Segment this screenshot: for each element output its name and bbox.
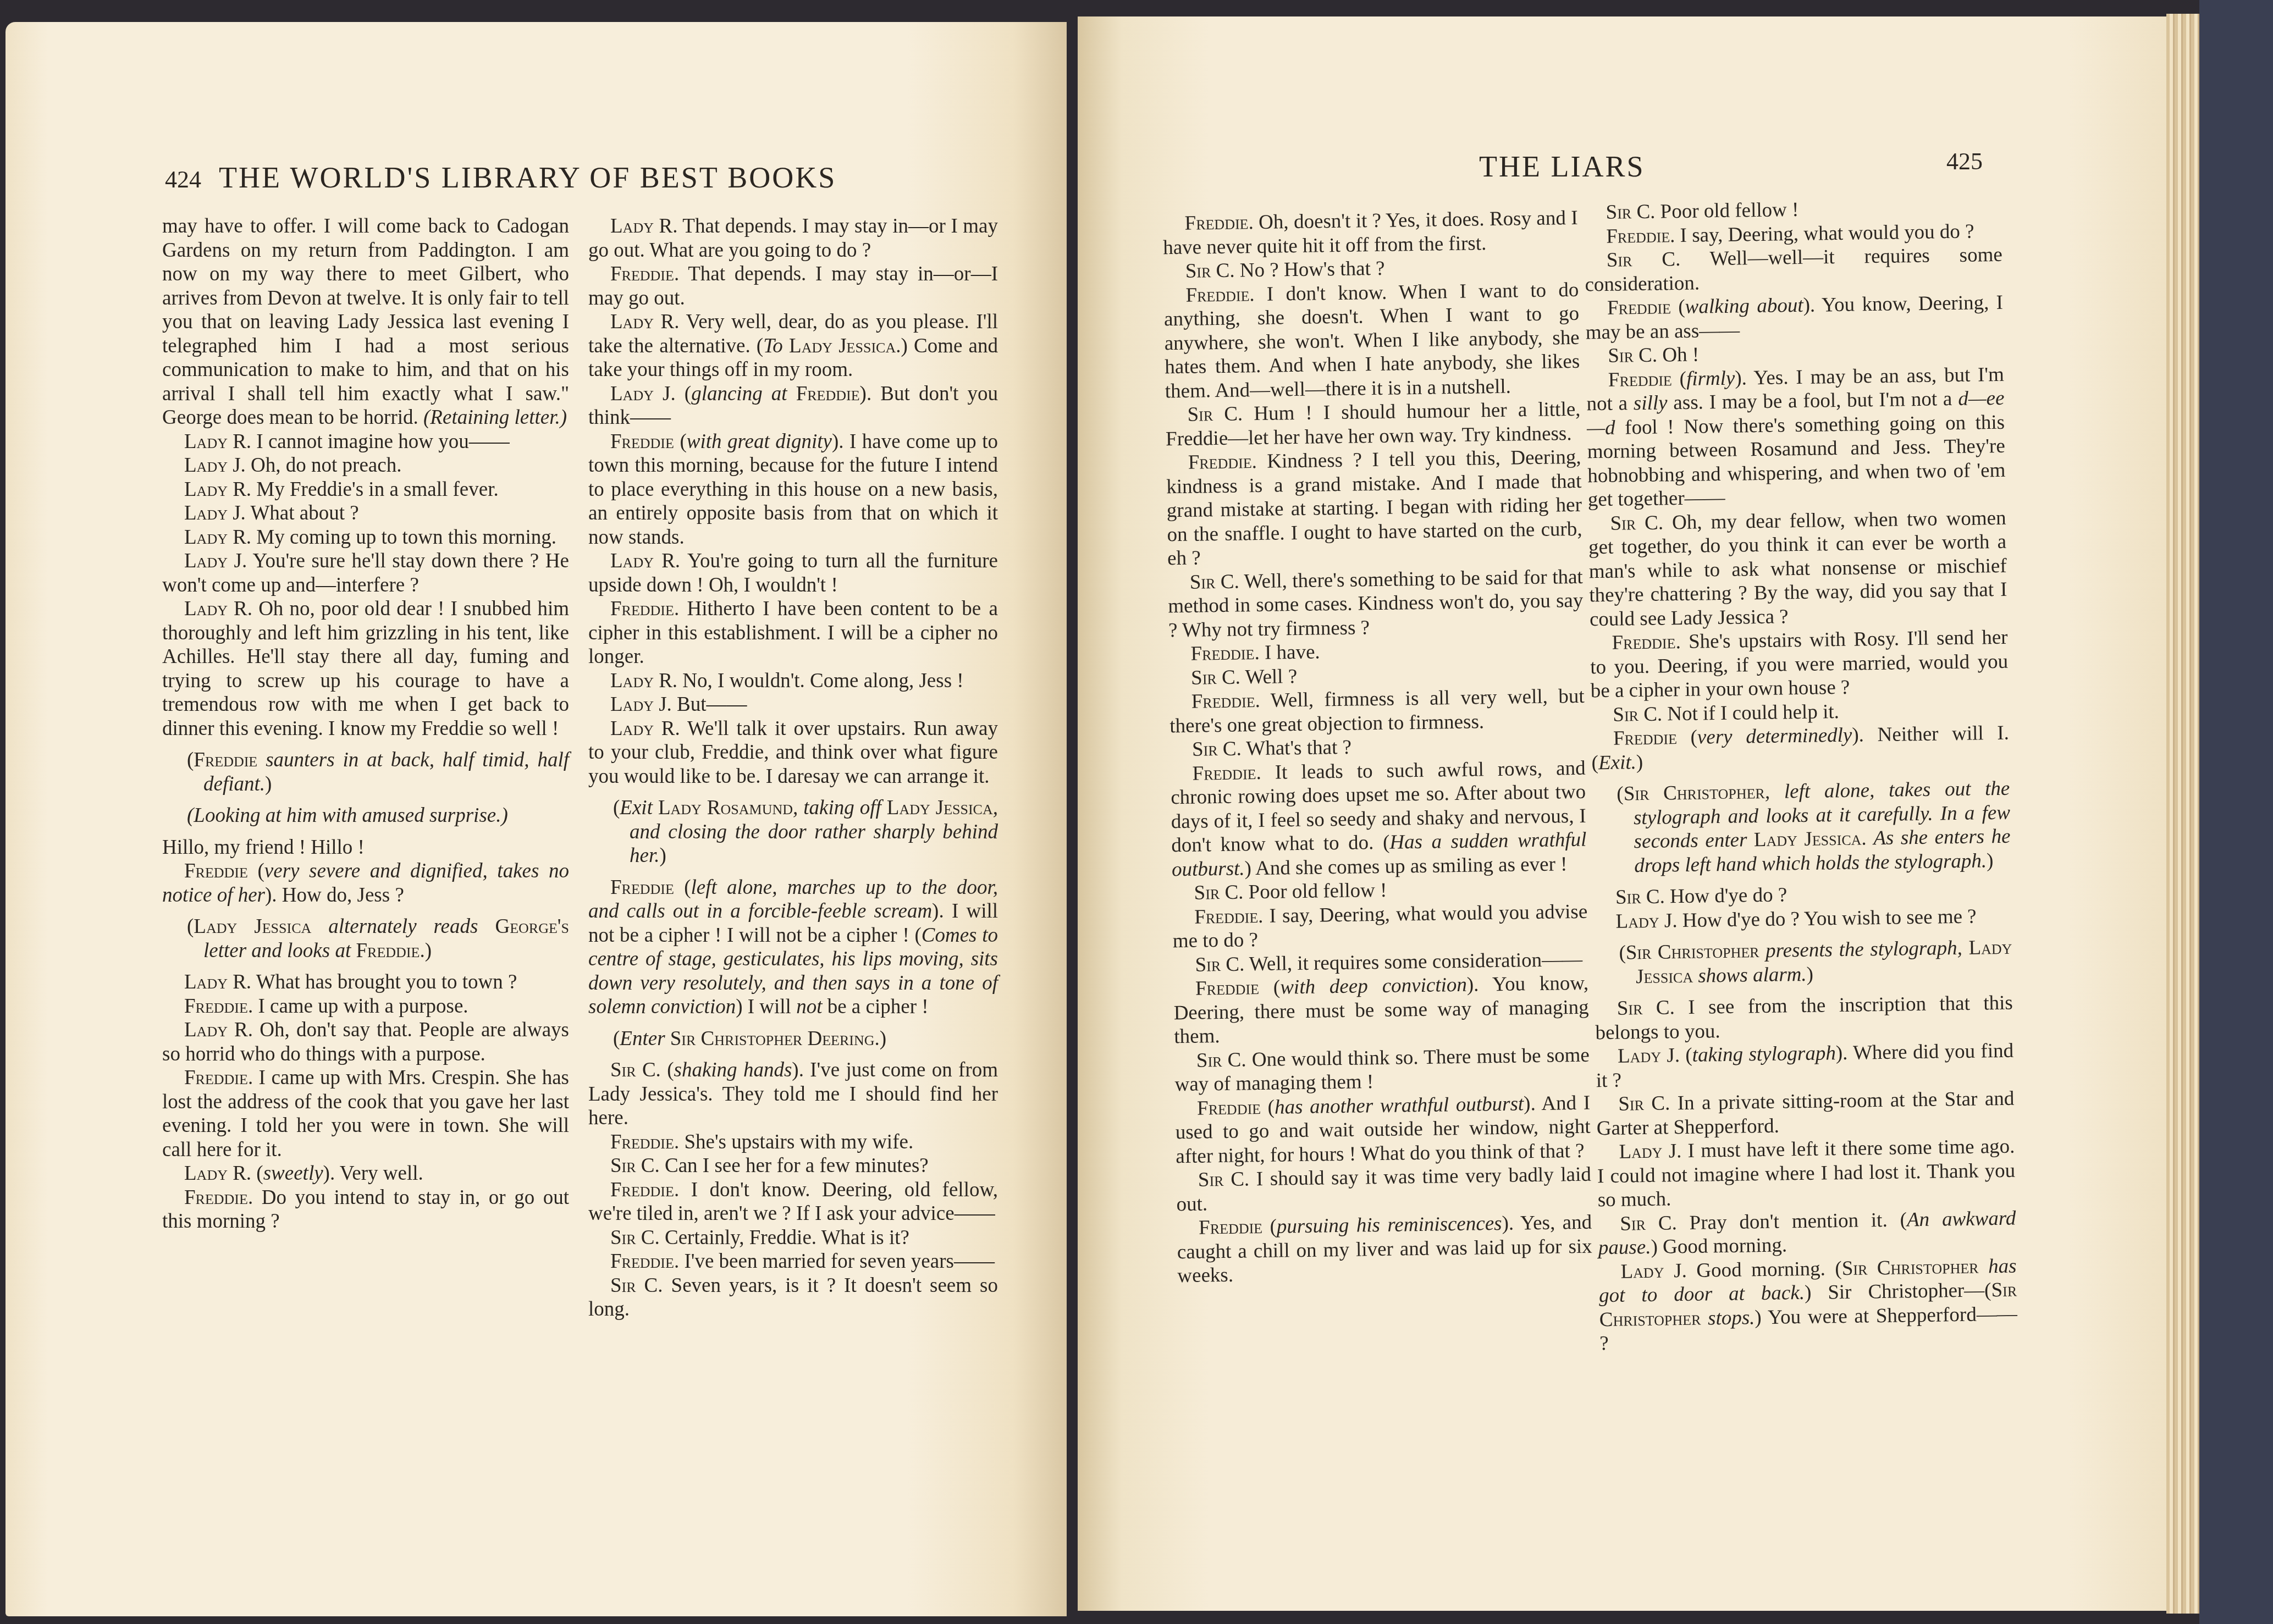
dialogue-paragraph: Freddie (has another wrathful outburst).… <box>1175 1091 1591 1168</box>
dialogue-paragraph: Freddie. That depends. I may stay in—or—… <box>588 262 998 310</box>
speaker-name: Lady R. <box>610 215 677 237</box>
speaker-name: Freddie. <box>1192 761 1261 785</box>
speaker-name: Sir C. <box>610 1155 660 1177</box>
right-page-title: THE LIARS <box>1479 150 1645 184</box>
speaker-name: Sir C. <box>1615 885 1665 908</box>
dialogue-paragraph: Lady J. But—— <box>588 693 998 717</box>
speaker-name: Freddie. <box>184 995 253 1018</box>
speaker-name: Lady Jessica <box>1754 827 1862 851</box>
speaker-name: Sir C. <box>1187 402 1243 426</box>
speaker-name: Freddie. <box>1191 689 1261 713</box>
speaker-name: Sir C. <box>1613 703 1662 726</box>
text-run: .) <box>874 1028 886 1050</box>
italic-direction: saunters in at back, half timid, half de… <box>203 749 569 796</box>
speaker-name: Sir C. <box>1608 344 1657 367</box>
speaker-name: Freddie. <box>184 1067 253 1089</box>
speaker-name: Lady R. <box>610 550 680 572</box>
dialogue-paragraph: Freddie. Oh, doesn't it ? Yes, it does. … <box>1162 206 1578 260</box>
text-run: may have to offer. I will come back to C… <box>162 215 569 429</box>
stage-direction: (Lady Jessica alternately reads George's… <box>162 915 569 963</box>
page-number-right: 425 <box>1946 147 1983 175</box>
speaker-name: Freddie. <box>1606 224 1675 248</box>
text-run: ) <box>659 844 666 867</box>
left-running-head: 424 THE WORLD'S LIBRARY OF BEST BOOKS <box>165 161 836 195</box>
speaker-name: Lady R. <box>184 478 251 501</box>
speaker-name: Freddie. <box>610 598 679 620</box>
dialogue-paragraph: Sir C. In a private sitting-room at the … <box>1596 1087 2015 1141</box>
text-run: ( <box>613 797 620 819</box>
dialogue-paragraph: Sir C. Can I see her for a few minutes? <box>588 1154 998 1178</box>
speaker-name: Lady R. <box>184 526 251 549</box>
stage-direction: (Enter Sir Christopher Deering.) <box>588 1027 998 1051</box>
speaker-name: Sir C. <box>1185 259 1235 283</box>
speaker-name: Sir C. <box>1192 737 1242 760</box>
text-run: fool ! Now there's something going on th… <box>1587 411 2005 511</box>
speaker-name: Sir Christopher <box>1841 1255 1978 1279</box>
stage-direction: (Looking at him with amused surprise.) <box>162 804 569 828</box>
italic-direction: shaking hands <box>674 1059 792 1081</box>
speaker-name: Sir C. <box>610 1227 660 1249</box>
speaker-name: Lady R. <box>184 1019 253 1041</box>
dialogue-paragraph: Freddie. It leads to such awful rows, an… <box>1170 756 1587 881</box>
dialogue-paragraph: Sir C. Oh, my dear fellow, when two wome… <box>1588 506 2007 631</box>
text-run: ( <box>1617 783 1624 805</box>
italic-direction: silly <box>1634 391 1668 415</box>
text-run: ( <box>251 1162 263 1185</box>
text-run: Good morning. ( <box>1686 1257 1842 1282</box>
italic-direction: stops. <box>1701 1306 1755 1329</box>
speaker-name: Lady J. <box>1620 1259 1687 1283</box>
speaker-name: Sir C. <box>1195 953 1244 976</box>
stage-direction: (Sir Christopher presents the stylograph… <box>1594 936 2012 990</box>
speaker-name: Freddie <box>796 383 860 405</box>
dialogue-paragraph: Freddie (left alone, marches up to the d… <box>588 876 998 1019</box>
stage-direction: (Freddie saunters in at back, half timid… <box>162 748 569 796</box>
dialogue-paragraph: Lady J. What about ? <box>162 501 569 526</box>
dialogue-paragraph: Sir C. Seven years, is it ? It doesn't s… <box>588 1274 998 1322</box>
speaker-name: Lady R. <box>610 670 677 692</box>
text-run: ( <box>1680 1044 1692 1067</box>
text-run: Well, it requires some consideration—— <box>1244 948 1582 975</box>
left-page: 424 THE WORLD'S LIBRARY OF BEST BOOKS ma… <box>5 22 1067 1616</box>
text-run: ) I will <box>736 996 796 1018</box>
text-run: How d'ye do ? You wish to see me ? <box>1677 905 1977 932</box>
speaker-name: Lady Jessica <box>887 797 993 819</box>
speaker-name: Lady J. <box>1618 1044 1680 1068</box>
dialogue-paragraph: Sir C. Hum ! I should humour her a littl… <box>1165 397 1581 451</box>
dialogue-paragraph: Lady R. You're going to turn all the fur… <box>588 549 998 597</box>
text-run: What has brought you to town ? <box>251 971 517 993</box>
text-run: I cannot imagine how you—— <box>251 430 510 453</box>
italic-direction: Enter <box>620 1028 670 1050</box>
text-run: What about ? <box>246 502 359 524</box>
dialogue-paragraph: Freddie. Hitherto I have been content to… <box>588 597 998 669</box>
dialogue-paragraph: Lady J. Oh, do not preach. <box>162 454 569 478</box>
speaker-name: Lady Jessica <box>194 915 311 938</box>
speaker-name: Sir Christopher <box>1626 940 1759 964</box>
dialogue-paragraph: Sir C. I see from the inscription that t… <box>1595 991 2013 1045</box>
text-run: No, I wouldn't. Come along, Jess ! <box>677 670 964 692</box>
text-run: ( <box>1262 1216 1277 1238</box>
italic-direction: with great dignity <box>687 430 832 453</box>
speaker-name: Lady J. <box>610 693 672 716</box>
text-run: Hillo, my friend ! Hillo ! <box>162 836 365 859</box>
dialogue-paragraph: Lady J. Good morning. (Sir Christopher h… <box>1598 1254 2017 1356</box>
speaker-name: Sir C. <box>1606 201 1655 224</box>
dialogue-paragraph: Sir C. (shaking hands). I've just come o… <box>588 1058 998 1130</box>
dialogue-paragraph: Lady R. My Freddie's in a small fever. <box>162 478 569 502</box>
speaker-name: Sir C. <box>1198 1168 1250 1191</box>
dialogue-paragraph: Freddie. I don't know. Deering, old fell… <box>588 1178 998 1226</box>
stage-direction: (Sir Christopher, left alone, takes out … <box>1592 777 2011 879</box>
dialogue-paragraph: Freddie (very severe and dignified, take… <box>162 859 569 907</box>
speaker-name: Freddie. <box>1184 211 1254 235</box>
dialogue-paragraph: Lady J. I must have left it there some t… <box>1597 1135 2016 1212</box>
dialogue-paragraph: Lady R. (sweetly). Very well. <box>162 1162 569 1186</box>
text-run: ) <box>1636 751 1643 774</box>
text-run: ( <box>1619 941 1626 964</box>
dialogue-paragraph: Sir C. Pray don't mention it. (An awkwar… <box>1598 1206 2016 1260</box>
text-run: What's that ? <box>1242 736 1352 760</box>
speaker-name: Sir C. <box>1607 248 1681 272</box>
speaker-name: Lady R. <box>184 598 252 620</box>
dialogue-paragraph: Lady R. I cannot imagine how you—— <box>162 430 569 454</box>
italic-direction: has another wrathful outburst <box>1275 1092 1524 1118</box>
speaker-name: Lady J. <box>610 383 676 405</box>
dialogue-paragraph: Freddie (pursuing his reminiscences). Ye… <box>1177 1211 1593 1288</box>
dialogue-paragraph: Freddie. I came up with a purpose. <box>162 995 569 1019</box>
speaker-name: Sir C. <box>1610 511 1663 534</box>
speaker-name: Sir Christopher Deering <box>670 1028 875 1050</box>
speaker-name: Freddie. <box>1188 450 1257 474</box>
text-run: ) <box>1806 963 1813 985</box>
text-run: ( <box>1677 726 1698 749</box>
speaker-name: Freddie <box>610 430 674 453</box>
speaker-name: Sir C. <box>1191 666 1240 689</box>
italic-direction: glancing at <box>691 383 796 405</box>
text-run: ( <box>1261 1096 1275 1118</box>
italic-direction: sweetly <box>263 1162 323 1185</box>
text-run: ( <box>187 915 194 938</box>
text-run: . <box>1861 827 1873 849</box>
dialogue-paragraph: Lady R. Oh, don't say that. People are a… <box>162 1018 569 1066</box>
text-run: ( <box>613 1028 620 1050</box>
text-run: How d'ye do ? <box>1665 883 1787 908</box>
italic-direction: firmly <box>1686 367 1735 390</box>
speaker-name: Freddie <box>610 876 674 899</box>
dialogue-paragraph: Hillo, my friend ! Hillo ! <box>162 836 569 860</box>
text-run: I have. <box>1259 640 1320 664</box>
dialogue-paragraph: Sir C. Well—well—it requires some consid… <box>1585 243 2003 297</box>
text-run: ( <box>1259 976 1281 999</box>
speaker-name: Freddie <box>1199 1216 1262 1239</box>
dialogue-paragraph: Freddie. I came up with Mrs. Crespin. Sh… <box>162 1066 569 1162</box>
speaker-name: Freddie <box>1613 726 1677 750</box>
left-page-column-1: may have to offer. I will come back to C… <box>162 214 569 1234</box>
dialogue-paragraph: Sir C. One would think so. There must be… <box>1174 1043 1590 1097</box>
text-run: ( <box>1671 296 1685 318</box>
speaker-name: Freddie <box>1197 1096 1261 1120</box>
speaker-name: Lady R. <box>184 1162 251 1185</box>
speaker-name: Lady R. <box>610 717 680 740</box>
italic-direction: with deep conviction <box>1280 974 1467 999</box>
speaker-name: Sir C. <box>610 1274 663 1297</box>
speaker-name: Freddie <box>194 749 257 771</box>
text-run: ( <box>187 749 194 771</box>
right-page-column-1: Freddie. Oh, doesn't it ? Yes, it does. … <box>1162 206 1592 1288</box>
speaker-name: Lady J. <box>184 454 246 477</box>
dialogue-paragraph: Lady R. Oh no, poor old dear ! I snubbed… <box>162 597 569 741</box>
text-run: ). How do, Jess ? <box>265 884 404 907</box>
text-run: No ? How's that ? <box>1234 257 1384 282</box>
speaker-name: Freddie <box>1195 976 1259 1000</box>
dialogue-paragraph: Freddie (with deep conviction). You know… <box>1173 971 1590 1049</box>
dialogue-paragraph: Freddie. She's upstairs with my wife. <box>588 1130 998 1155</box>
dialogue-paragraph: Sir C. I should say it was time very bad… <box>1176 1163 1592 1217</box>
right-page-column-2: Sir C. Poor old fellow !Freddie. I say, … <box>1584 195 2017 1356</box>
dialogue-paragraph: Freddie. I don't know. When I want to do… <box>1163 278 1580 403</box>
dialogue-paragraph: Lady R. Very well, dear, do as you pleas… <box>588 310 998 382</box>
dialogue-paragraph: Freddie (very determinedly). Neither wil… <box>1591 721 2010 775</box>
italic-direction: (Retaining letter.) <box>423 406 567 429</box>
dialogue-paragraph: Sir C. Certainly, Freddie. What is it? <box>588 1226 998 1250</box>
dialogue-paragraph: Freddie (firmly). Yes. I may be an ass, … <box>1586 362 2006 512</box>
speaker-name: Lady J. <box>1615 909 1677 933</box>
dialogue-paragraph: Freddie. I've been married for seven yea… <box>588 1250 998 1274</box>
page-number-left: 424 <box>165 166 201 193</box>
speaker-name: Lady Rosamund <box>658 797 793 819</box>
speaker-name: Sir C. <box>1194 881 1243 904</box>
speaker-name: Freddie. <box>1194 904 1264 928</box>
dialogue-paragraph: Lady R. My coming up to town this mornin… <box>162 526 569 550</box>
speaker-name: Freddie. <box>1185 283 1255 307</box>
text-run: Poor old fellow ! <box>1655 198 1799 223</box>
speaker-name: Freddie. <box>184 1186 253 1209</box>
dialogue-paragraph: Lady R. We'll talk it over upstairs. Run… <box>588 717 998 789</box>
text-run: ) Good morning. <box>1651 1234 1787 1258</box>
text-run: .) <box>420 940 432 962</box>
italic-direction: very determinedly <box>1697 724 1852 749</box>
speaker-name: Freddie. <box>610 263 679 285</box>
italic-direction: Exit. <box>1598 751 1636 774</box>
speaker-name: Lady J. <box>1619 1140 1681 1163</box>
text-run: I've been married for seven years—— <box>679 1250 995 1273</box>
left-page-column-2: Lady R. That depends. I may stay in—or I… <box>588 214 998 1322</box>
italic-direction: alternately reads <box>311 915 495 938</box>
italic-direction: Exit <box>620 797 658 819</box>
dialogue-paragraph: may have to offer. I will come back to C… <box>162 214 569 430</box>
text-run: ) And she comes up as smiling as ever ! <box>1244 853 1567 880</box>
speaker-name: Lady J. <box>184 550 247 572</box>
italic-direction: not <box>796 996 822 1018</box>
text-run: Certainly, Freddie. What is it? <box>660 1227 909 1249</box>
text-run: ( <box>248 860 264 882</box>
text-run: My Freddie's in a small fever. <box>251 478 499 501</box>
speaker-name: Lady Jessica <box>789 335 896 357</box>
text-run: ( <box>676 383 691 405</box>
dialogue-paragraph: Lady J. (glancing at Freddie). But don't… <box>588 382 998 430</box>
dialogue-paragraph: Lady J. You're sure he'll stay down ther… <box>162 549 569 597</box>
speaker-name: Lady J. <box>184 502 246 524</box>
speaker-name: Sir C. <box>1620 1212 1677 1235</box>
text-run: Poor old fellow ! <box>1243 879 1387 904</box>
dialogue-paragraph: Lady R. That depends. I may stay in—or I… <box>588 214 998 262</box>
speaker-name: Freddie. <box>1612 631 1681 654</box>
text-run: Can I see her for a few minutes? <box>660 1155 929 1177</box>
left-page-title: THE WORLD'S LIBRARY OF BEST BOOKS <box>219 161 836 194</box>
dialogue-paragraph: Freddie. She's upstairs with Rosy. I'll … <box>1590 626 2009 703</box>
speaker-name: Lady R. <box>184 971 251 993</box>
book-cover <box>2199 0 2273 1624</box>
dialogue-paragraph: Sir C. Well, there's something to be sai… <box>1167 565 1584 642</box>
speaker-name: Freddie <box>184 860 248 882</box>
speaker-name: Sir C. <box>1189 570 1239 593</box>
stage-direction: (Exit Lady Rosamund, taking off Lady Jes… <box>588 796 998 868</box>
text-run: ) <box>265 773 272 796</box>
right-page: THE LIARS 425 Freddie. Oh, doesn't it ? … <box>1078 16 2177 1611</box>
text-run: But—— <box>672 693 747 716</box>
dialogue-paragraph: Lady R. What has brought you to town ? <box>162 970 569 995</box>
speaker-name: Sir Christopher <box>1623 781 1765 805</box>
speaker-name: Sir C. <box>1617 996 1675 1019</box>
text-run: ). Very well. <box>323 1162 423 1185</box>
text-run: I came up with a purpose. <box>253 995 468 1018</box>
text-run: Pray don't mention it. ( <box>1676 1208 1907 1234</box>
speaker-name: Freddie <box>1607 296 1671 319</box>
text-run: ( <box>661 1059 674 1081</box>
speaker-name: Freddie <box>356 940 420 962</box>
dialogue-paragraph: Freddie (walking about). You know, Deeri… <box>1585 291 2004 345</box>
italic-direction: walking about <box>1685 294 1803 318</box>
text-run: ) Sir Christopher—( <box>1805 1279 1991 1304</box>
italic-direction: To <box>763 335 789 357</box>
speaker-name: Freddie <box>1608 368 1672 391</box>
text-run: Oh, do not preach. <box>246 454 402 477</box>
speaker-name: Sir C. <box>610 1059 661 1081</box>
speaker-name: Lady R. <box>184 430 251 453</box>
text-run: ( <box>1672 367 1687 390</box>
speaker-name: Sir C. <box>1618 1092 1670 1115</box>
text-run: Not if I could help it. <box>1662 700 1839 725</box>
text-run: ass. I may be a fool, but I'm not a <box>1667 388 1958 414</box>
speaker-name: Lady R. <box>610 311 680 333</box>
dialogue-paragraph: Freddie. Kindness ? I tell you this, Dee… <box>1166 445 1582 571</box>
dialogue-paragraph: Lady R. No, I wouldn't. Come along, Jess… <box>588 669 998 693</box>
text-run: ( <box>674 430 687 453</box>
dialogue-paragraph: Freddie. Do you intend to stay in, or go… <box>162 1186 569 1234</box>
speaker-name: Freddie. <box>610 1179 679 1201</box>
speaker-name: Freddie. <box>610 1131 679 1153</box>
speaker-name: Freddie. <box>610 1250 679 1273</box>
text-run: I say, Deering, what would you do ? <box>1675 220 1974 247</box>
text-run: She's upstairs with my wife. <box>679 1131 913 1153</box>
speaker-name: Sir C. <box>1196 1048 1246 1071</box>
text-run: ( <box>674 876 691 899</box>
dialogue-paragraph: Lady J. (taking stylograph). Where did y… <box>1596 1039 2014 1093</box>
italic-direction: shows alarm. <box>1693 963 1807 987</box>
text-run: Well ? <box>1240 665 1298 688</box>
dialogue-paragraph: Freddie (with great dignity). I have com… <box>588 430 998 550</box>
text-run: Oh ! <box>1657 344 1700 367</box>
text-run: My coming up to town this morning. <box>251 526 556 549</box>
italic-direction: , taking off <box>793 797 887 819</box>
italic-direction: taking stylograph <box>1692 1042 1836 1067</box>
dialogue-paragraph: Freddie. Well, firmness is all very well… <box>1169 684 1585 738</box>
dialogue-paragraph: Freddie. I say, Deering, what would you … <box>1172 899 1588 953</box>
speaker-name: George's <box>495 915 569 938</box>
text-run: be a cipher ! <box>822 996 928 1018</box>
text-run: ) <box>1987 849 1994 872</box>
italic-direction: presents the stylograph, <box>1759 937 1969 962</box>
italic-direction: letter and looks at <box>203 940 356 962</box>
italic-direction: (Looking at him with amused surprise.) <box>187 804 508 827</box>
italic-direction: pursuing his reminiscences <box>1277 1212 1502 1238</box>
speaker-name: Freddie. <box>1190 642 1260 665</box>
